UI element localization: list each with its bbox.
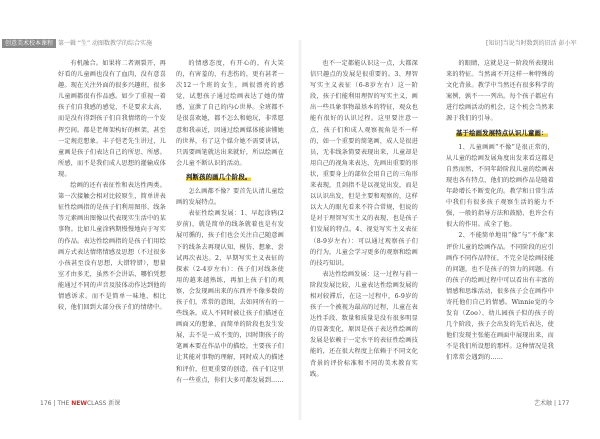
footer-separator: | <box>53 400 55 407</box>
text-column-3: 也不一定都能认识这一点，大都深信只趣点的发展是很重要的。3、理智写实主义表征（6… <box>310 58 418 394</box>
section-tag: 创意美术校本课程 <box>2 39 56 48</box>
page-number-left: 176 <box>40 400 51 407</box>
page-gutter <box>298 40 302 420</box>
page-number-right: 177 <box>558 400 569 407</box>
paragraph: 有机融合。如果将二者割裂开，再好看的儿童画也没有了血肉，没有意喜趣。现在关注外面… <box>58 58 166 180</box>
running-header-right: [知识]当说当时数到的旧活 彭小军 <box>486 39 577 48</box>
footer-separator: | <box>554 400 556 407</box>
section-heading: 判断孩的画几个阶段。 <box>186 173 251 181</box>
paragraph: 的眼睛，这就是这一阶段所表现出来的特征。当然离不开这样一种特殊的文化背景。教学中… <box>446 58 554 125</box>
paragraph: 表征性绘画发展：1、早起涂鸦(2岁前)，就是简单的线条就着也是有发展可循的，孩子… <box>176 208 284 386</box>
section-label: 艺术触 <box>534 400 552 407</box>
paragraph: 也不一定都能认识这一点，大都深信只趣点的发展是很重要的。3、理智写实主义表征（6… <box>310 58 418 269</box>
magazine-brand: NEW <box>71 400 87 407</box>
paragraph: 怎么画都不像？要首先认清儿童绘画的发展特点。 <box>176 186 284 208</box>
paragraph: 2、不能简单地用“像”与“不像”来评价儿童的绘画作品。不同阶段的应引画作不同作品… <box>446 230 554 363</box>
footer-right: 艺术触 | 177 <box>534 398 569 407</box>
text-column-1: 有机融合。如果将二者割裂开，再好看的儿童画也没有了血肉，没有意喜趣。现在关注外面… <box>58 58 166 394</box>
magazine-spread: 创意美术校本课程 第一辑 “生” 动图数教学的综合实施 [知识]当说当时数到的旧… <box>0 0 600 439</box>
section-title: 第一辑 “生” 动图数教学的综合实施 <box>58 39 152 48</box>
section-heading: 基于绘画发展特点认识儿童画： <box>456 129 548 137</box>
magazine-name: CLASS 新课 <box>87 400 120 407</box>
paragraph: 1、儿童画画“不像”是很正常的，从儿童的绘画发展角度出发来看这都是自然而然，不同… <box>446 142 554 231</box>
running-header-left: 创意美术校本课程 第一辑 “生” 动图数教学的综合实施 <box>2 39 152 48</box>
footer-left: 176 | THE NEWCLASS 新课 <box>40 398 120 407</box>
paragraph: 表达性绘画发展：这一过程与前一阶段发展比较，儿童表达性绘画发展的相对较滞后，在这… <box>310 269 418 380</box>
text-column-4: 的眼睛，这就是这一阶段所表现出来的特征。当然离不开这样一种特殊的文化背景。教学中… <box>446 58 554 394</box>
paragraph: 的情感态度，有开心的，有大笑的，有害羞的，有悲伤的，更有甚者一次12一个班的女生… <box>176 58 284 169</box>
paragraph: 绘画的还有表征性和表达性两类。第一次接触会相对比较原生，简单讲表征性绘画指的是孩… <box>58 180 166 313</box>
magazine-prefix: THE <box>57 400 69 407</box>
text-column-2: 的情感态度，有开心的，有大笑的，有害羞的，有悲伤的，更有甚者一次12一个班的女生… <box>176 58 284 394</box>
